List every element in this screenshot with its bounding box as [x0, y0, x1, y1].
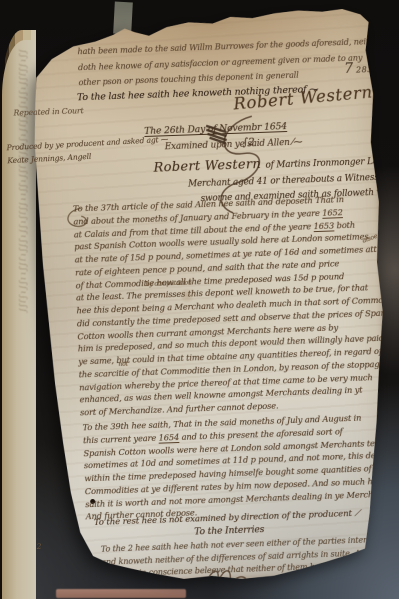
catchword: (Gur [349, 556, 367, 566]
text-line: not [118, 361, 128, 368]
interrogatories-heading: To the Interries [194, 524, 264, 537]
manuscript-page: hath been made to the said Willm Burrowe… [16, 2, 392, 586]
date-line: The 26th Day of Novembr 1654 [144, 121, 287, 137]
text-line: The 26th Day of Novembr 1654 [144, 121, 287, 137]
interlinear-not: not [118, 361, 128, 368]
mark-paragraph-sign: ∫2 [243, 136, 255, 148]
photo-background: ſʃɩſʃȷʃſɩʃſıʃɩſʃȷſɩʃıʃſʃɩȷʃſɩʃʃıɩſʃȷʃɩʃſ… [0, 0, 399, 599]
text-line: (Gur [349, 556, 367, 566]
examined-line: Examined upon ye said Allen ⁄⁓ [165, 137, 303, 152]
text-line: 7 283 [344, 60, 373, 77]
manuscript-page-shadow: hath been made to the said Willm Burrowe… [16, 2, 392, 586]
margin-tick: ỹ [85, 564, 89, 572]
continuation-fragment: hath been made to the said Willm Burrowe… [77, 34, 384, 91]
text-line: Examined upon ye said Allen ⁄⁓ [165, 137, 303, 152]
text-line: ∫2 [243, 136, 255, 148]
page-content: hath been made to the said Willm Burrowe… [16, 2, 392, 586]
deposition-article-39: To the 39th hee saith, That in the said … [82, 410, 399, 523]
deposition-article-37: To the 37th article of the said Allen he… [73, 191, 399, 419]
text-line: To the Interries [194, 524, 264, 537]
color-reference-strip [56, 589, 186, 598]
folio-number: 7 283 [344, 60, 373, 77]
text-line: ỹ [85, 564, 89, 572]
interrogatory-answer: To the 2 hee saith hee hath not ever see… [101, 533, 393, 581]
